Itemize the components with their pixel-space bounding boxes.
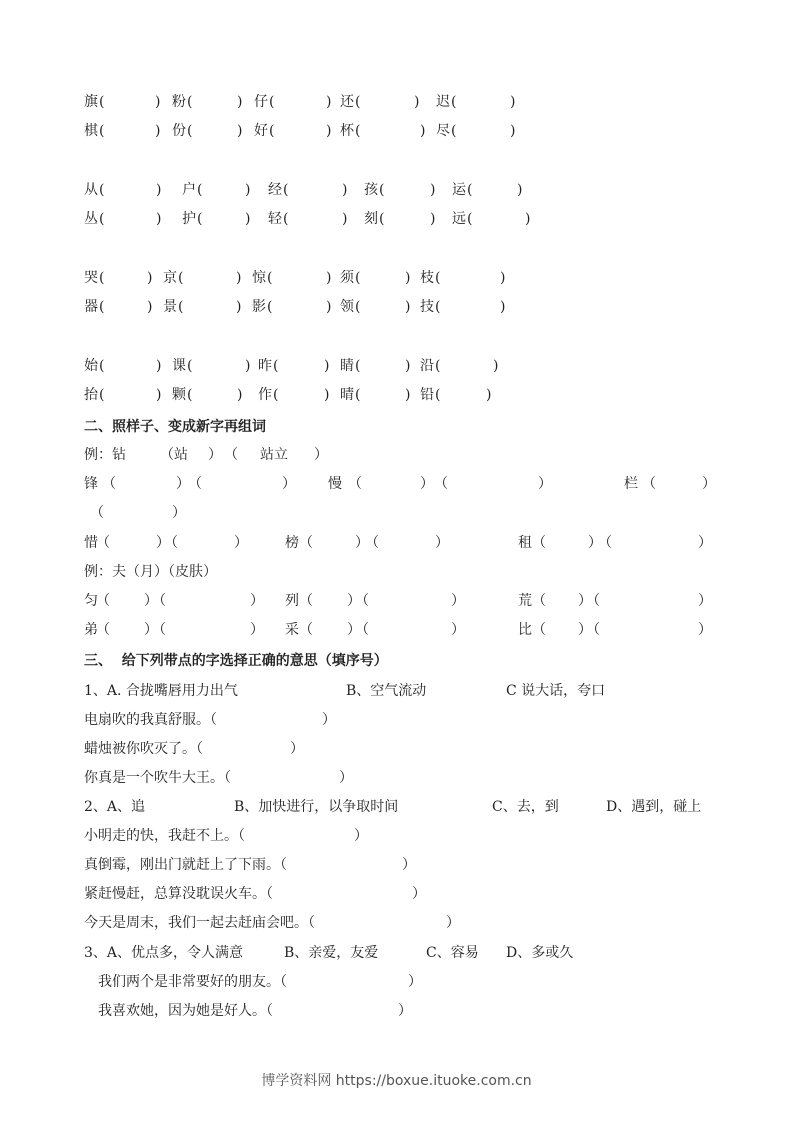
close-paren: ) — [405, 297, 410, 317]
word-blank[interactable] — [166, 591, 248, 609]
close-paren: ） — [290, 739, 304, 759]
section3-title: 三、 给下列带点的字选择正确的意思（填序号） — [84, 651, 388, 671]
question-sentence: 我喜欢她，因为她是好人。（） — [98, 1001, 698, 1021]
open-paren: （ — [102, 474, 116, 494]
close-paren: ) — [245, 356, 250, 376]
close-paren: ) — [420, 121, 425, 141]
close-paren: ） — [234, 533, 248, 553]
close-paren: ) — [326, 121, 331, 141]
close-paren: ) — [326, 297, 331, 317]
open-paren: ( — [283, 180, 288, 200]
answer-blank[interactable] — [259, 768, 329, 786]
open-paren: ( — [99, 92, 104, 112]
answer-blank[interactable] — [187, 268, 232, 286]
close-paren: ) — [156, 180, 161, 200]
close-paren: ) — [405, 385, 410, 405]
close-paren: ) — [324, 385, 329, 405]
target-char: 哭 — [84, 268, 98, 288]
new-char-blank[interactable] — [656, 474, 700, 492]
target-char: 铅 — [420, 385, 434, 405]
answer-blank[interactable] — [476, 180, 513, 198]
open-paren: （ — [96, 533, 110, 553]
target-char: 荒 — [518, 591, 532, 611]
target-char: 运 — [452, 180, 466, 200]
target-char: 采 — [285, 620, 299, 640]
pair-row: 始()课()昨()睛()沿() — [0, 356, 793, 376]
target-char: 杯 — [340, 121, 354, 141]
open-paren: ( — [99, 268, 104, 288]
close-paren: ) — [326, 268, 331, 288]
open-paren: ( — [379, 209, 384, 229]
close-paren: ) — [155, 121, 160, 141]
answer-blank[interactable] — [108, 180, 152, 198]
answer-blank[interactable] — [108, 121, 151, 139]
section2-row-1: 锋（）（）慢（）（）栏（） — [0, 474, 793, 494]
answer-blank[interactable] — [106, 503, 166, 521]
pair-row: 丛()护()轻()刻()远() — [0, 209, 793, 229]
close-paren: ） — [420, 474, 434, 494]
close-paren: ) — [147, 268, 152, 288]
answer-blank[interactable] — [476, 209, 521, 227]
open-paren: ( — [283, 209, 288, 229]
word-blank[interactable] — [612, 533, 696, 551]
close-paren: ） — [698, 591, 712, 611]
target-char: 须 — [340, 268, 354, 288]
answer-blank[interactable] — [364, 385, 401, 403]
answer-blank[interactable] — [108, 209, 152, 227]
target-char: 列 — [285, 591, 299, 611]
question-sentence: 真倒霉，刚出门就赶上了下雨。（） — [84, 855, 684, 875]
answer-blank[interactable] — [278, 92, 322, 110]
answer-blank[interactable] — [278, 121, 322, 139]
close-paren: ） — [538, 474, 552, 494]
open-paren: ( — [355, 385, 360, 405]
question-sentence: 今天是周末，我们一起去赶庙会吧。（） — [84, 913, 684, 933]
answer-blank[interactable] — [242, 710, 312, 728]
open-paren: ( — [187, 356, 192, 376]
answer-blank[interactable] — [206, 209, 241, 227]
answer-blank[interactable] — [460, 92, 506, 110]
q2-option-c: C、去，到 — [492, 797, 559, 817]
open-paren: ( — [355, 356, 360, 376]
target-char: 慢 — [328, 474, 342, 494]
sentence-text: 紧赶慢赶，总算没耽误火车。（ — [84, 884, 273, 904]
target-char: 景 — [163, 297, 177, 317]
pair-row: 器()景()影()领()技() — [0, 297, 793, 317]
target-char: 京 — [163, 268, 177, 288]
close-paren: ) — [510, 121, 515, 141]
target-char: 颗 — [172, 385, 186, 405]
close-paren: ） — [451, 591, 465, 611]
sentence-text: 蜡烛被你吹灭了。（ — [84, 739, 203, 759]
new-char-blank[interactable] — [546, 620, 576, 638]
open-paren: ( — [273, 385, 278, 405]
target-char: 棋 — [84, 121, 98, 141]
open-paren: ( — [273, 356, 278, 376]
new-char-blank[interactable] — [110, 620, 142, 638]
example1-close1: ） — [208, 445, 222, 465]
open-paren: ( — [99, 180, 104, 200]
close-paren: ) — [237, 385, 242, 405]
close-paren: ) — [245, 180, 250, 200]
answer-blank[interactable] — [196, 92, 233, 110]
sentence-text: 今天是周末，我们一起去赶庙会吧。（ — [84, 913, 315, 933]
close-paren: ) — [236, 297, 241, 317]
close-paren: ） — [698, 620, 712, 640]
new-char-blank[interactable] — [110, 533, 154, 551]
target-char: 户 — [182, 180, 196, 200]
open-paren: ( — [269, 121, 274, 141]
close-paren: ) — [236, 268, 241, 288]
new-char-blank[interactable] — [313, 620, 345, 638]
pair-row: 抬()颗()作()晴()铅() — [0, 385, 793, 405]
target-char: 睛 — [340, 356, 354, 376]
q2-options: 2、A、追 B、加快进行，以争取时间 C、去，到 D、遇到，碰上 — [84, 797, 724, 817]
open-paren: ( — [379, 180, 384, 200]
open-paren: ( — [269, 92, 274, 112]
open-paren: ( — [435, 268, 440, 288]
word-blank[interactable] — [448, 474, 536, 492]
open-paren: （ — [598, 533, 612, 553]
close-paren: ) — [326, 92, 331, 112]
close-paren: ) — [147, 297, 152, 317]
answer-blank[interactable] — [388, 180, 426, 198]
answer-blank[interactable] — [210, 739, 280, 757]
open-paren: （ — [96, 620, 110, 640]
new-char-blank[interactable] — [546, 533, 586, 551]
open-paren: （ — [164, 533, 178, 553]
open-paren: ( — [355, 121, 360, 141]
open-paren: （ — [532, 533, 546, 553]
target-char: 惊 — [252, 268, 266, 288]
answer-blank[interactable] — [196, 356, 241, 374]
section2-row-3: 惜（）（）榜（）（）租（）（） — [0, 533, 793, 553]
open-paren: ( — [451, 121, 456, 141]
question-sentence: 紧赶慢赶，总算没耽误火车。（） — [84, 884, 684, 904]
open-paren: ( — [267, 297, 272, 317]
target-char: 迟 — [436, 92, 450, 112]
example1-word: 站立 — [260, 445, 288, 465]
open-paren: ( — [197, 180, 202, 200]
open-paren: （ — [90, 503, 104, 523]
close-paren: ） — [446, 913, 460, 933]
close-paren: ） — [250, 620, 264, 640]
section2-example1: 例：钻 （站 ） （ 站立 ） — [84, 445, 724, 465]
answer-blank[interactable] — [292, 209, 338, 227]
target-char: 技 — [420, 297, 434, 317]
open-paren: ( — [355, 268, 360, 288]
target-char: 经 — [268, 180, 282, 200]
close-paren: ) — [342, 209, 347, 229]
question-sentence: 你真是一个吹牛大王。（） — [84, 768, 684, 788]
pair-row: 哭()京()惊()须()枝() — [0, 268, 793, 288]
answer-blank[interactable] — [332, 884, 402, 902]
target-char: 还 — [340, 92, 354, 112]
open-paren: ( — [467, 209, 472, 229]
q1-option-c: C 说大话，夸口 — [506, 681, 605, 701]
open-paren: （ — [355, 620, 369, 640]
word-blank[interactable] — [166, 620, 248, 638]
new-char-blank[interactable] — [313, 533, 353, 551]
answer-blank[interactable] — [276, 297, 322, 315]
open-paren: （ — [152, 591, 166, 611]
section2-row-4: 匀（）（）列（）（）荒（）（） — [0, 591, 793, 611]
q2-option-a: 2、A、追 — [84, 797, 145, 817]
open-paren: ( — [435, 385, 440, 405]
new-char-blank[interactable] — [110, 591, 142, 609]
answer-blank[interactable] — [196, 385, 233, 403]
answer-blank[interactable] — [388, 209, 426, 227]
close-paren: ） — [408, 972, 422, 992]
target-char: 锋 — [84, 474, 98, 494]
q1-option-b: B、空气流动 — [346, 681, 426, 701]
open-paren: （ — [96, 591, 110, 611]
example1-new-char: （站 — [160, 445, 188, 465]
target-char: 作 — [258, 385, 272, 405]
target-char: 仔 — [254, 92, 268, 112]
example1-open2: （ — [224, 445, 238, 465]
answer-blank[interactable] — [282, 385, 320, 403]
q1-options: 1、A. 合拢嘴唇用力出气 B、空气流动 C 说大话，夸口 — [84, 681, 724, 701]
open-paren: ( — [99, 385, 104, 405]
word-blank[interactable] — [202, 474, 280, 492]
close-paren: ） — [435, 533, 449, 553]
target-char: 比 — [518, 620, 532, 640]
section2-example2: 例：夫（月）（皮肤） — [84, 562, 217, 582]
close-paren: ） — [412, 884, 426, 904]
target-char: 好 — [254, 121, 268, 141]
target-char: 租 — [518, 533, 532, 553]
close-paren: ) — [156, 356, 161, 376]
close-paren: ) — [405, 268, 410, 288]
close-paren: ) — [500, 268, 505, 288]
close-paren: ) — [156, 385, 161, 405]
open-paren: ( — [178, 297, 183, 317]
target-char: 抬 — [84, 385, 98, 405]
answer-blank[interactable] — [322, 855, 392, 873]
target-char: 尽 — [436, 121, 450, 141]
answer-blank[interactable] — [444, 356, 489, 374]
open-paren: ( — [267, 268, 272, 288]
answer-blank[interactable] — [318, 1001, 388, 1019]
open-paren: ( — [178, 268, 183, 288]
open-paren: （ — [188, 474, 202, 494]
answer-blank[interactable] — [364, 297, 401, 315]
close-paren: ) — [342, 180, 347, 200]
close-paren: ) — [405, 356, 410, 376]
footer-watermark: 博学资料网 https://boxue.ituoke.com.cn — [0, 1070, 793, 1090]
answer-blank[interactable] — [460, 121, 506, 139]
close-paren: ） — [339, 768, 353, 788]
open-paren: （ — [348, 474, 362, 494]
open-paren: ( — [187, 121, 192, 141]
answer-blank[interactable] — [274, 826, 344, 844]
answer-blank[interactable] — [276, 268, 322, 286]
answer-blank[interactable] — [364, 356, 401, 374]
q3-options: 3、A、优点多，令人满意 B、亲爱，友爱 C、容易 D、多或久 — [84, 943, 724, 963]
open-paren: ( — [99, 356, 104, 376]
open-paren: （ — [299, 591, 313, 611]
answer-blank[interactable] — [364, 92, 410, 110]
example1-label: 例：钻 — [84, 445, 126, 465]
open-paren: ( — [99, 297, 104, 317]
answer-blank[interactable] — [108, 92, 151, 110]
close-paren: ) — [324, 356, 329, 376]
word-blank[interactable] — [369, 620, 449, 638]
q3-option-d: D、多或久 — [506, 943, 573, 963]
open-paren: ( — [467, 180, 472, 200]
question-sentence: 蜡烛被你吹灭了。（） — [84, 739, 684, 759]
target-char: 粉 — [172, 92, 186, 112]
target-char: 始 — [84, 356, 98, 376]
target-char: 榜 — [285, 533, 299, 553]
close-paren: ） — [250, 591, 264, 611]
pair-row: 从()户()经()孩()运() — [0, 180, 793, 200]
answer-blank[interactable] — [444, 297, 496, 315]
close-paren: ) — [510, 92, 515, 112]
answer-blank[interactable] — [187, 297, 232, 315]
close-paren: ） — [322, 710, 336, 730]
close-paren: ) — [155, 92, 160, 112]
open-paren: （ — [586, 620, 600, 640]
target-char: 影 — [252, 297, 266, 317]
answer-blank[interactable] — [444, 385, 482, 403]
target-char: 晴 — [340, 385, 354, 405]
close-paren: ） — [698, 533, 712, 553]
target-char: 昨 — [258, 356, 272, 376]
close-paren: ） — [282, 474, 296, 494]
target-char: 孩 — [364, 180, 378, 200]
open-paren: ( — [187, 385, 192, 405]
word-blank[interactable] — [600, 591, 696, 609]
sentence-text: 我们两个是非常要好的朋友。（ — [98, 972, 287, 992]
question-sentence: 小明走的快，我赶不上。（） — [84, 826, 684, 846]
open-paren: （ — [299, 620, 313, 640]
answer-blank[interactable] — [282, 356, 320, 374]
answer-blank[interactable] — [108, 385, 152, 403]
close-paren: ) — [430, 209, 435, 229]
sentence-text: 真倒霉，刚出门就赶上了下雨。（ — [84, 855, 287, 875]
target-char: 枝 — [420, 268, 434, 288]
sentence-text: 电扇吹的我真舒服。（ — [84, 710, 217, 730]
word-blank[interactable] — [600, 620, 696, 638]
question-sentence: 我们两个是非常要好的朋友。（） — [98, 972, 698, 992]
open-paren: ( — [355, 92, 360, 112]
new-char-blank[interactable] — [116, 474, 174, 492]
open-paren: （ — [355, 591, 369, 611]
close-paren: ） — [702, 474, 716, 494]
section2-title: 二、照样子、变成新字再组词 — [84, 417, 266, 437]
close-paren: ） — [354, 826, 368, 846]
close-paren: ) — [156, 209, 161, 229]
section2-row-5: 弟（）（）采（）（）比（）（） — [0, 620, 793, 640]
open-paren: ( — [355, 297, 360, 317]
target-char: 份 — [172, 121, 186, 141]
open-paren: ( — [451, 92, 456, 112]
close-paren: ) — [500, 297, 505, 317]
answer-blank[interactable] — [366, 913, 436, 931]
word-blank[interactable] — [369, 591, 449, 609]
target-char: 课 — [172, 356, 186, 376]
answer-blank[interactable] — [108, 356, 152, 374]
answer-blank[interactable] — [196, 121, 233, 139]
open-paren: （ — [586, 591, 600, 611]
sentence-text: 你真是一个吹牛大王。（ — [84, 768, 231, 788]
word-blank[interactable] — [178, 533, 232, 551]
target-char: 器 — [84, 297, 98, 317]
q2-option-d: D、遇到，碰上 — [606, 797, 701, 817]
target-char: 领 — [340, 297, 354, 317]
new-char-blank[interactable] — [313, 591, 345, 609]
open-paren: ( — [197, 209, 202, 229]
word-blank[interactable] — [379, 533, 433, 551]
open-paren: （ — [532, 591, 546, 611]
q2-option-b: B、加快进行，以争取时间 — [234, 797, 398, 817]
close-paren: ) — [486, 385, 491, 405]
open-paren: ( — [435, 297, 440, 317]
close-paren: ） — [451, 620, 465, 640]
open-paren: ( — [187, 92, 192, 112]
open-paren: ( — [99, 121, 104, 141]
close-paren: ) — [525, 209, 530, 229]
close-paren: ) — [430, 180, 435, 200]
close-paren: ） — [172, 503, 186, 523]
q3-option-b: B、亲爱，友爱 — [284, 943, 378, 963]
target-char: 从 — [84, 180, 98, 200]
target-char: 沿 — [420, 356, 434, 376]
close-paren: ） — [402, 855, 416, 875]
target-char: 刻 — [364, 209, 378, 229]
close-paren: ) — [493, 356, 498, 376]
pair-row: 棋()份()好()杯()尽() — [0, 121, 793, 141]
sentence-text: 我喜欢她，因为她是好人。（ — [98, 1001, 273, 1021]
new-char-blank[interactable] — [362, 474, 418, 492]
target-char: 丛 — [84, 209, 98, 229]
answer-blank[interactable] — [364, 268, 401, 286]
close-paren: ) — [414, 92, 419, 112]
q1-option-a: 1、A. 合拢嘴唇用力出气 — [84, 681, 238, 701]
new-char-blank[interactable] — [546, 591, 576, 609]
target-char: 轻 — [268, 209, 282, 229]
open-paren: （ — [642, 474, 656, 494]
answer-blank[interactable] — [206, 180, 241, 198]
answer-blank[interactable] — [364, 121, 416, 139]
open-paren: （ — [365, 533, 379, 553]
answer-blank[interactable] — [328, 972, 398, 990]
target-char: 护 — [182, 209, 196, 229]
close-paren: ) — [237, 121, 242, 141]
answer-blank[interactable] — [108, 297, 143, 315]
open-paren: （ — [299, 533, 313, 553]
open-paren: ( — [435, 356, 440, 376]
q3-option-a: 3、A、优点多，令人满意 — [84, 943, 243, 963]
question-sentence: 电扇吹的我真舒服。（） — [84, 710, 684, 730]
answer-blank[interactable] — [444, 268, 496, 286]
pair-row: 旗()粉()仔()还()迟() — [0, 92, 793, 112]
sentence-text: 小明走的快，我赶不上。（ — [84, 826, 245, 846]
answer-blank[interactable] — [108, 268, 143, 286]
open-paren: （ — [152, 620, 166, 640]
close-paren: ) — [517, 180, 522, 200]
close-paren: ) — [237, 92, 242, 112]
open-paren: ( — [99, 209, 104, 229]
example1-close2: ） — [314, 445, 328, 465]
target-char: 旗 — [84, 92, 98, 112]
open-paren: （ — [434, 474, 448, 494]
q3-option-c: C、容易 — [426, 943, 479, 963]
close-paren: ) — [245, 209, 250, 229]
answer-blank[interactable] — [292, 180, 338, 198]
